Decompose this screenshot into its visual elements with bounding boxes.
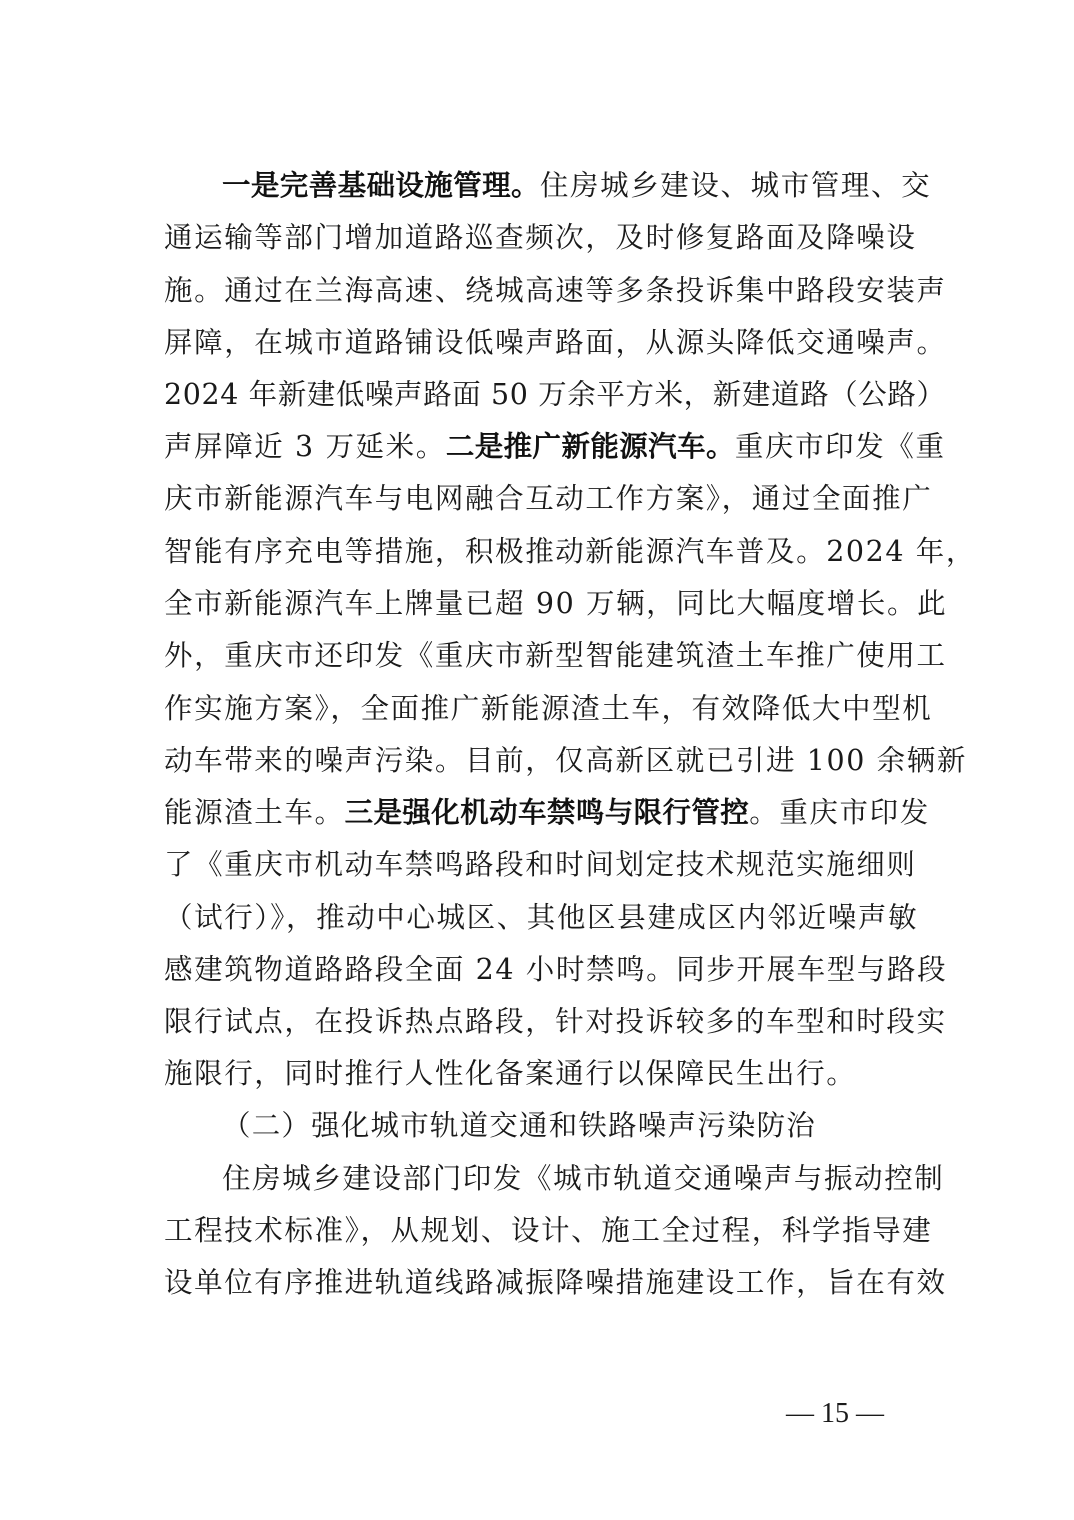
paragraph-line: 通运输等部门增加道路巡查频次，及时修复路面及降噪设: [164, 218, 914, 258]
paragraph-line: 了《重庆市机动车禁鸣路段和时间划定技术规范实施细则: [164, 845, 914, 885]
paragraph-line: 全市新能源汽车上牌量已超 90 万辆，同比大幅度增长。此: [164, 584, 914, 624]
paragraph-line: 2024 年新建低噪声路面 50 万余平方米，新建道路（公路）: [164, 375, 914, 415]
bold-lead-2: 二是推广新能源汽车。: [446, 430, 735, 463]
paragraph-line: 工程技术标准》，从规划、设计、施工全过程，科学指导建: [164, 1211, 914, 1251]
bold-lead-3: 三是强化机动车禁鸣与限行管控: [345, 796, 750, 829]
document-page: 一是完善基础设施管理。住房城乡建设、城市管理、交 通运输等部门增加道路巡查频次，…: [0, 0, 1074, 1520]
bold-lead-1: 一是完善基础设施管理。: [222, 169, 540, 202]
paragraph-line: 一是完善基础设施管理。住房城乡建设、城市管理、交: [222, 166, 972, 206]
paragraph-line: 作实施方案》，全面推广新能源渣土车，有效降低大中型机: [164, 689, 914, 729]
paragraph-line: 能源渣土车。三是强化机动车禁鸣与限行管控。重庆市印发: [164, 793, 914, 833]
paragraph-line: 动车带来的噪声污染。目前，仅高新区就已引进 100 余辆新: [164, 741, 914, 781]
paragraph-line: 智能有序充电等措施，积极推动新能源汽车普及。2024 年，: [164, 532, 914, 572]
paragraph-line: （试行）》，推动中心城区、其他区县建成区内邻近噪声敏: [164, 898, 914, 938]
paragraph-line: 限行试点，在投诉热点路段，针对投诉较多的车型和时段实: [164, 1002, 914, 1042]
paragraph-line: 施。通过在兰海高速、绕城高速等多条投诉集中路段安装声: [164, 271, 914, 311]
page-number: — 15 —: [780, 1396, 890, 1432]
paragraph-line: 外，重庆市还印发《重庆市新型智能建筑渣土车推广使用工: [164, 636, 914, 676]
paragraph-line: 感建筑物道路路段全面 24 小时禁鸣。同步开展车型与路段: [164, 950, 914, 990]
paragraph-line: 庆市新能源汽车与电网融合互动工作方案》，通过全面推广: [164, 479, 914, 519]
paragraph-line: 施限行，同时推行人性化备案通行以保障民生出行。: [164, 1054, 914, 1094]
paragraph-line: 住房城乡建设部门印发《城市轨道交通噪声与振动控制: [222, 1159, 972, 1199]
section-heading: （二）强化城市轨道交通和铁路噪声污染防治: [222, 1106, 972, 1146]
paragraph-line: 设单位有序推进轨道线路减振降噪措施建设工作，旨在有效: [164, 1263, 914, 1303]
paragraph-line: 声屏障近 3 万延米。二是推广新能源汽车。重庆市印发《重: [164, 427, 914, 467]
paragraph-line: 屏障，在城市道路铺设低噪声路面，从源头降低交通噪声。: [164, 323, 914, 363]
